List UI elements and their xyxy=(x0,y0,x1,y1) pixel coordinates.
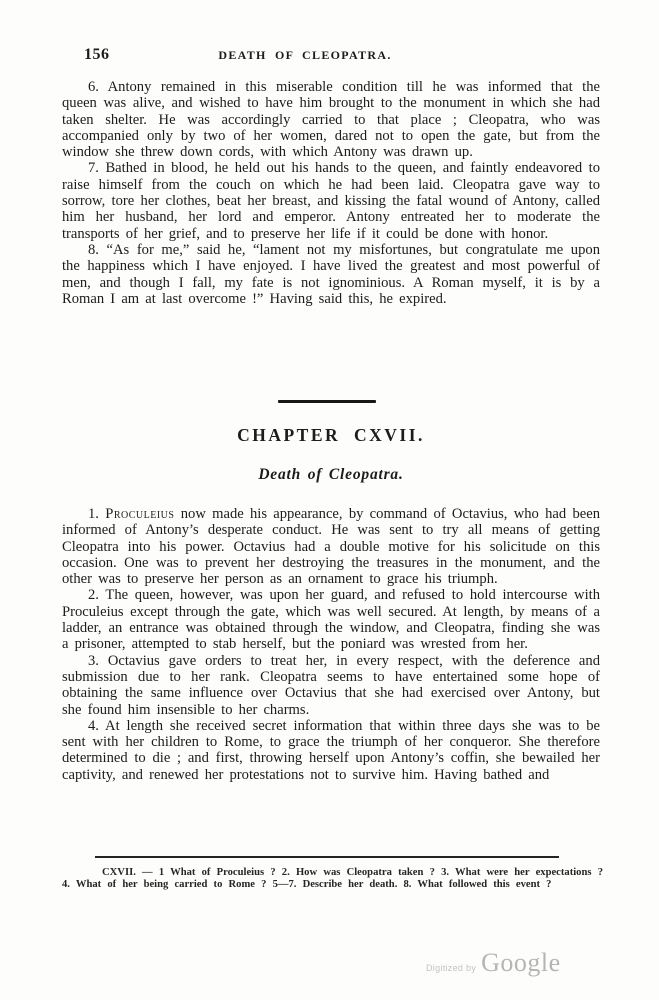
running-title: DEATH OF CLEOPATRA. xyxy=(62,48,548,63)
watermark-prefix-label: Digitized by xyxy=(426,963,476,973)
paragraph: 7. Bathed in blood, he held out his hand… xyxy=(62,160,600,241)
section-divider xyxy=(278,400,376,403)
book-page: 156 DEATH OF CLEOPATRA. 6. Antony remain… xyxy=(0,0,659,1000)
paragraph: 3. Octavius gave orders to treat her, in… xyxy=(62,653,600,718)
top-paragraphs-section: 6. Antony remained in this miserable con… xyxy=(62,79,600,307)
paragraph: 6. Antony remained in this miserable con… xyxy=(62,79,600,160)
chapter-subtitle: Death of Cleopatra. xyxy=(62,466,600,484)
google-logo: Google xyxy=(481,948,561,978)
page-header: 156 DEATH OF CLEOPATRA. xyxy=(62,46,600,66)
paragraph: 1. Proculeius now made his appearance, b… xyxy=(62,506,600,587)
chapter-heading: CHAPTER CXVII. xyxy=(62,425,600,446)
footnote-rule xyxy=(95,856,559,858)
paragraph: 2. The queen, however, was upon her guar… xyxy=(62,587,600,652)
chapter-paragraphs-section: 1. Proculeius now made his appearance, b… xyxy=(62,506,600,783)
footnote: CXVII. — 1 What of Proculeius ? 2. How w… xyxy=(62,867,603,892)
paragraph: 8. “As for me,” said he, “lament not my … xyxy=(62,242,600,307)
google-watermark: Digitized by Google xyxy=(426,948,561,978)
paragraph: 4. At length she received secret informa… xyxy=(62,718,600,783)
